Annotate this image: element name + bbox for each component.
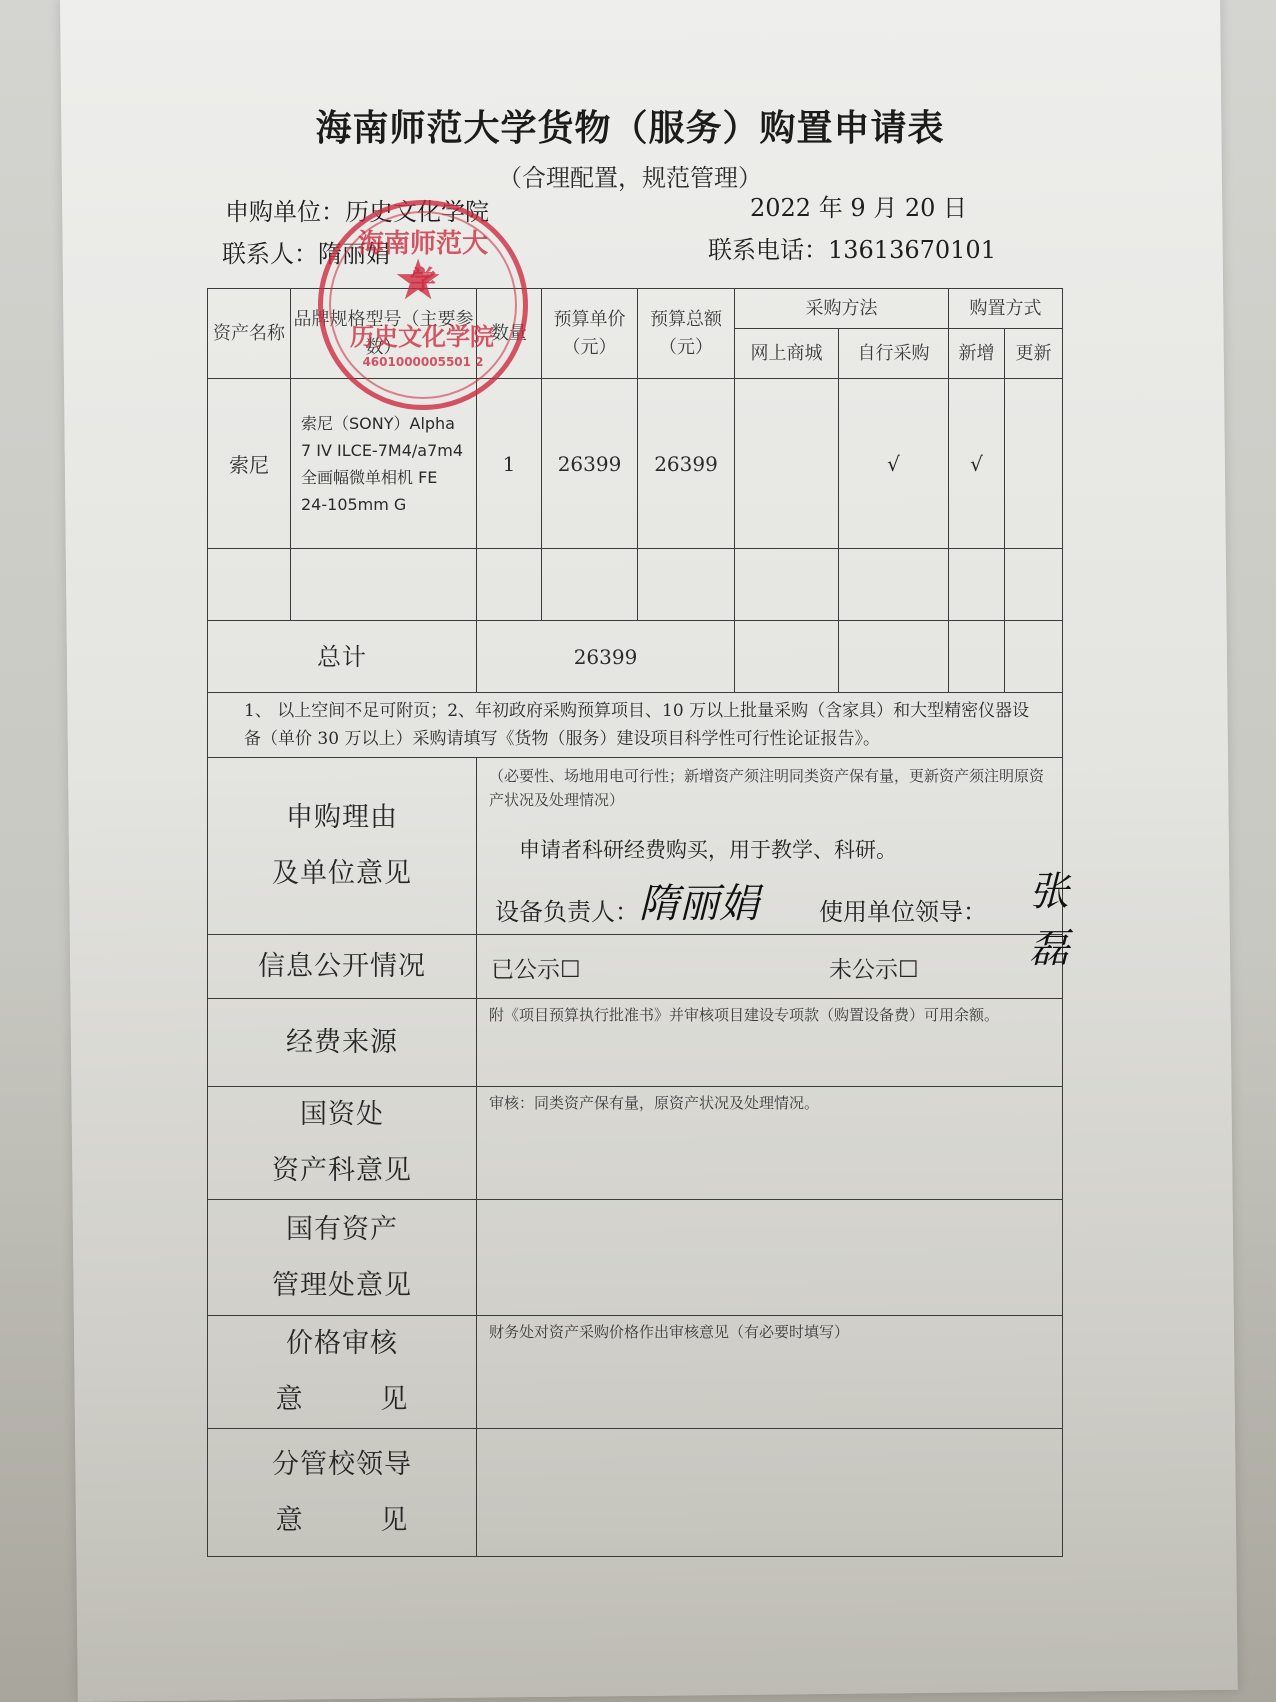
contact-label: 联系人： bbox=[222, 240, 318, 268]
published-checkbox[interactable]: 已公示☐ bbox=[491, 951, 581, 984]
total-label: 总计 bbox=[208, 621, 477, 693]
disclosure-options: 已公示☐ 未公示☐ bbox=[477, 935, 1063, 999]
empty-cell bbox=[735, 621, 839, 693]
header-purchase-type: 购置方式 bbox=[949, 289, 1063, 329]
header-purchase-method: 采购方法 bbox=[735, 289, 949, 329]
cell-type-update bbox=[1005, 549, 1063, 621]
cell-quantity bbox=[477, 549, 542, 621]
price-review-label: 价格审核 意 见 bbox=[208, 1316, 477, 1429]
price-review-hint: 财务处对资产采购价格作出审核意见（有必要时填写） bbox=[489, 1320, 1050, 1344]
funding-label: 经费来源 bbox=[208, 999, 477, 1087]
cell-brand-spec bbox=[291, 549, 477, 621]
price-review-label-line2: 意 见 bbox=[208, 1372, 476, 1428]
reason-content-cell: （必要性、场地用电可行性；新增资产须注明同类资产保有量，更新资产须注明原资产状况… bbox=[477, 758, 1063, 935]
state-asset-cell bbox=[477, 1200, 1063, 1316]
total-value: 26399 bbox=[477, 621, 735, 693]
cell-total-price bbox=[638, 549, 735, 621]
unit-leader-label: 使用单位领导： bbox=[819, 892, 987, 927]
cell-asset-name: 索尼 bbox=[208, 379, 291, 549]
notice-text: 1、 以上空间不足可附页；2、年初政府采购预算项目、10 万以上批量采购（含家具… bbox=[208, 693, 1063, 758]
leader-label-line2: 意 见 bbox=[208, 1493, 476, 1549]
cell-method-online bbox=[735, 379, 839, 549]
state-asset-label: 国有资产 管理处意见 bbox=[208, 1200, 477, 1316]
asset-dept-section: 国资处 资产科意见 审核：同类资产保有量，原资产状况及处理情况。 bbox=[208, 1087, 1063, 1200]
reason-hint: （必要性、场地用电可行性；新增资产须注明同类资产保有量，更新资产须注明原资产状况… bbox=[489, 764, 1050, 812]
price-review-cell: 财务处对资产采购价格作出审核意见（有必要时填写） bbox=[477, 1316, 1063, 1429]
header-method-online: 网上商城 bbox=[735, 329, 839, 379]
funding-hint: 附《项目预算执行批准书》并审核项目建设专项款（购置设备费）可用余额。 bbox=[489, 1003, 1050, 1027]
reason-content: 申请者科研经费购买，用于教学、科研。 bbox=[519, 834, 1050, 864]
state-asset-label-line1: 国有资产 bbox=[208, 1202, 476, 1258]
cell-total-price: 26399 bbox=[638, 379, 735, 549]
reason-section: 申购理由 及单位意见 （必要性、场地用电可行性；新增资产须注明同类资产保有量，更… bbox=[208, 758, 1063, 935]
state-asset-label-line2: 管理处意见 bbox=[208, 1258, 476, 1314]
header-asset-name: 资产名称 bbox=[208, 289, 291, 379]
reason-label: 申购理由 及单位意见 bbox=[208, 758, 477, 935]
cell-asset-name bbox=[208, 549, 291, 621]
cell-type-new bbox=[949, 549, 1005, 621]
cell-method-self bbox=[839, 549, 949, 621]
asset-dept-label-line1: 国资处 bbox=[208, 1087, 476, 1143]
leader-label: 分管校领导 意 见 bbox=[208, 1429, 477, 1557]
header-total-price: 预算总额（元） bbox=[638, 289, 735, 379]
disclosure-label: 信息公开情况 bbox=[208, 935, 477, 999]
funding-cell: 附《项目预算执行批准书》并审核项目建设专项款（购置设备费）可用余额。 bbox=[477, 999, 1063, 1087]
leader-section: 分管校领导 意 见 bbox=[208, 1429, 1063, 1557]
equipment-manager-label: 设备负责人： bbox=[495, 892, 639, 927]
price-review-label-line1: 价格审核 bbox=[208, 1316, 476, 1372]
signature-line: 设备负责人： 隋丽娟 使用单位领导： 张磊 bbox=[489, 888, 1050, 928]
applicant-unit-label: 申购单位： bbox=[225, 198, 345, 226]
header-unit-price: 预算单价（元） bbox=[542, 289, 638, 379]
cell-unit-price bbox=[542, 549, 638, 621]
star-icon: ★ bbox=[393, 253, 443, 309]
header-method-self: 自行采购 bbox=[839, 329, 949, 379]
leader-cell bbox=[477, 1429, 1063, 1557]
asset-dept-hint: 审核：同类资产保有量，原资产状况及处理情况。 bbox=[489, 1091, 1050, 1115]
table-row: 索尼 索尼（SONY）Alpha 7 IV ILCE-7M4/a7m4 全画幅微… bbox=[208, 379, 1063, 549]
official-seal: 海南师范大学 ★ 历史文化学院 4601000005501 2 bbox=[318, 200, 528, 410]
empty-cell bbox=[949, 621, 1005, 693]
application-date: 2022 年 9 月 20 日 bbox=[750, 188, 967, 223]
header-type-new: 新增 bbox=[949, 329, 1005, 379]
cell-type-update bbox=[1005, 379, 1063, 549]
seal-code: 4601000005501 2 bbox=[343, 355, 503, 369]
reason-label-line1: 申购理由 bbox=[208, 790, 476, 846]
leader-label-line1: 分管校领导 bbox=[208, 1437, 476, 1493]
contact-phone: 联系电话：13613670101 bbox=[708, 230, 996, 265]
cell-unit-price: 26399 bbox=[542, 379, 638, 549]
seal-unit-text: 历史文化学院 bbox=[337, 317, 507, 352]
reason-label-line2: 及单位意见 bbox=[208, 846, 476, 902]
unpublished-checkbox[interactable]: 未公示☐ bbox=[829, 951, 919, 984]
phone-value: 13613670101 bbox=[828, 236, 996, 264]
total-row: 总计 26399 bbox=[208, 621, 1063, 693]
equipment-manager-signature: 隋丽娟 bbox=[639, 872, 759, 929]
header-type-update: 更新 bbox=[1005, 329, 1063, 379]
purchase-form-table: 资产名称 品牌规格型号（主要参数） 数量 预算单价（元） 预算总额（元） 采购方… bbox=[207, 288, 1063, 1557]
asset-dept-cell: 审核：同类资产保有量，原资产状况及处理情况。 bbox=[477, 1087, 1063, 1200]
empty-cell bbox=[1005, 621, 1063, 693]
cell-method-online bbox=[735, 549, 839, 621]
form-title: 海南师范大学货物（服务）购置申请表 bbox=[230, 100, 1030, 151]
asset-dept-label: 国资处 资产科意见 bbox=[208, 1087, 477, 1200]
cell-type-new-checkmark: √ bbox=[949, 379, 1005, 549]
table-row bbox=[208, 549, 1063, 621]
asset-dept-label-line2: 资产科意见 bbox=[208, 1143, 476, 1199]
price-review-section: 价格审核 意 见 财务处对资产采购价格作出审核意见（有必要时填写） bbox=[208, 1316, 1063, 1429]
state-asset-section: 国有资产 管理处意见 bbox=[208, 1200, 1063, 1316]
funding-section: 经费来源 附《项目预算执行批准书》并审核项目建设专项款（购置设备费）可用余额。 bbox=[208, 999, 1063, 1087]
disclosure-section: 信息公开情况 已公示☐ 未公示☐ bbox=[208, 935, 1063, 999]
empty-cell bbox=[839, 621, 949, 693]
cell-quantity: 1 bbox=[477, 379, 542, 549]
phone-label: 联系电话： bbox=[708, 236, 828, 264]
cell-method-self-checkmark: √ bbox=[839, 379, 949, 549]
